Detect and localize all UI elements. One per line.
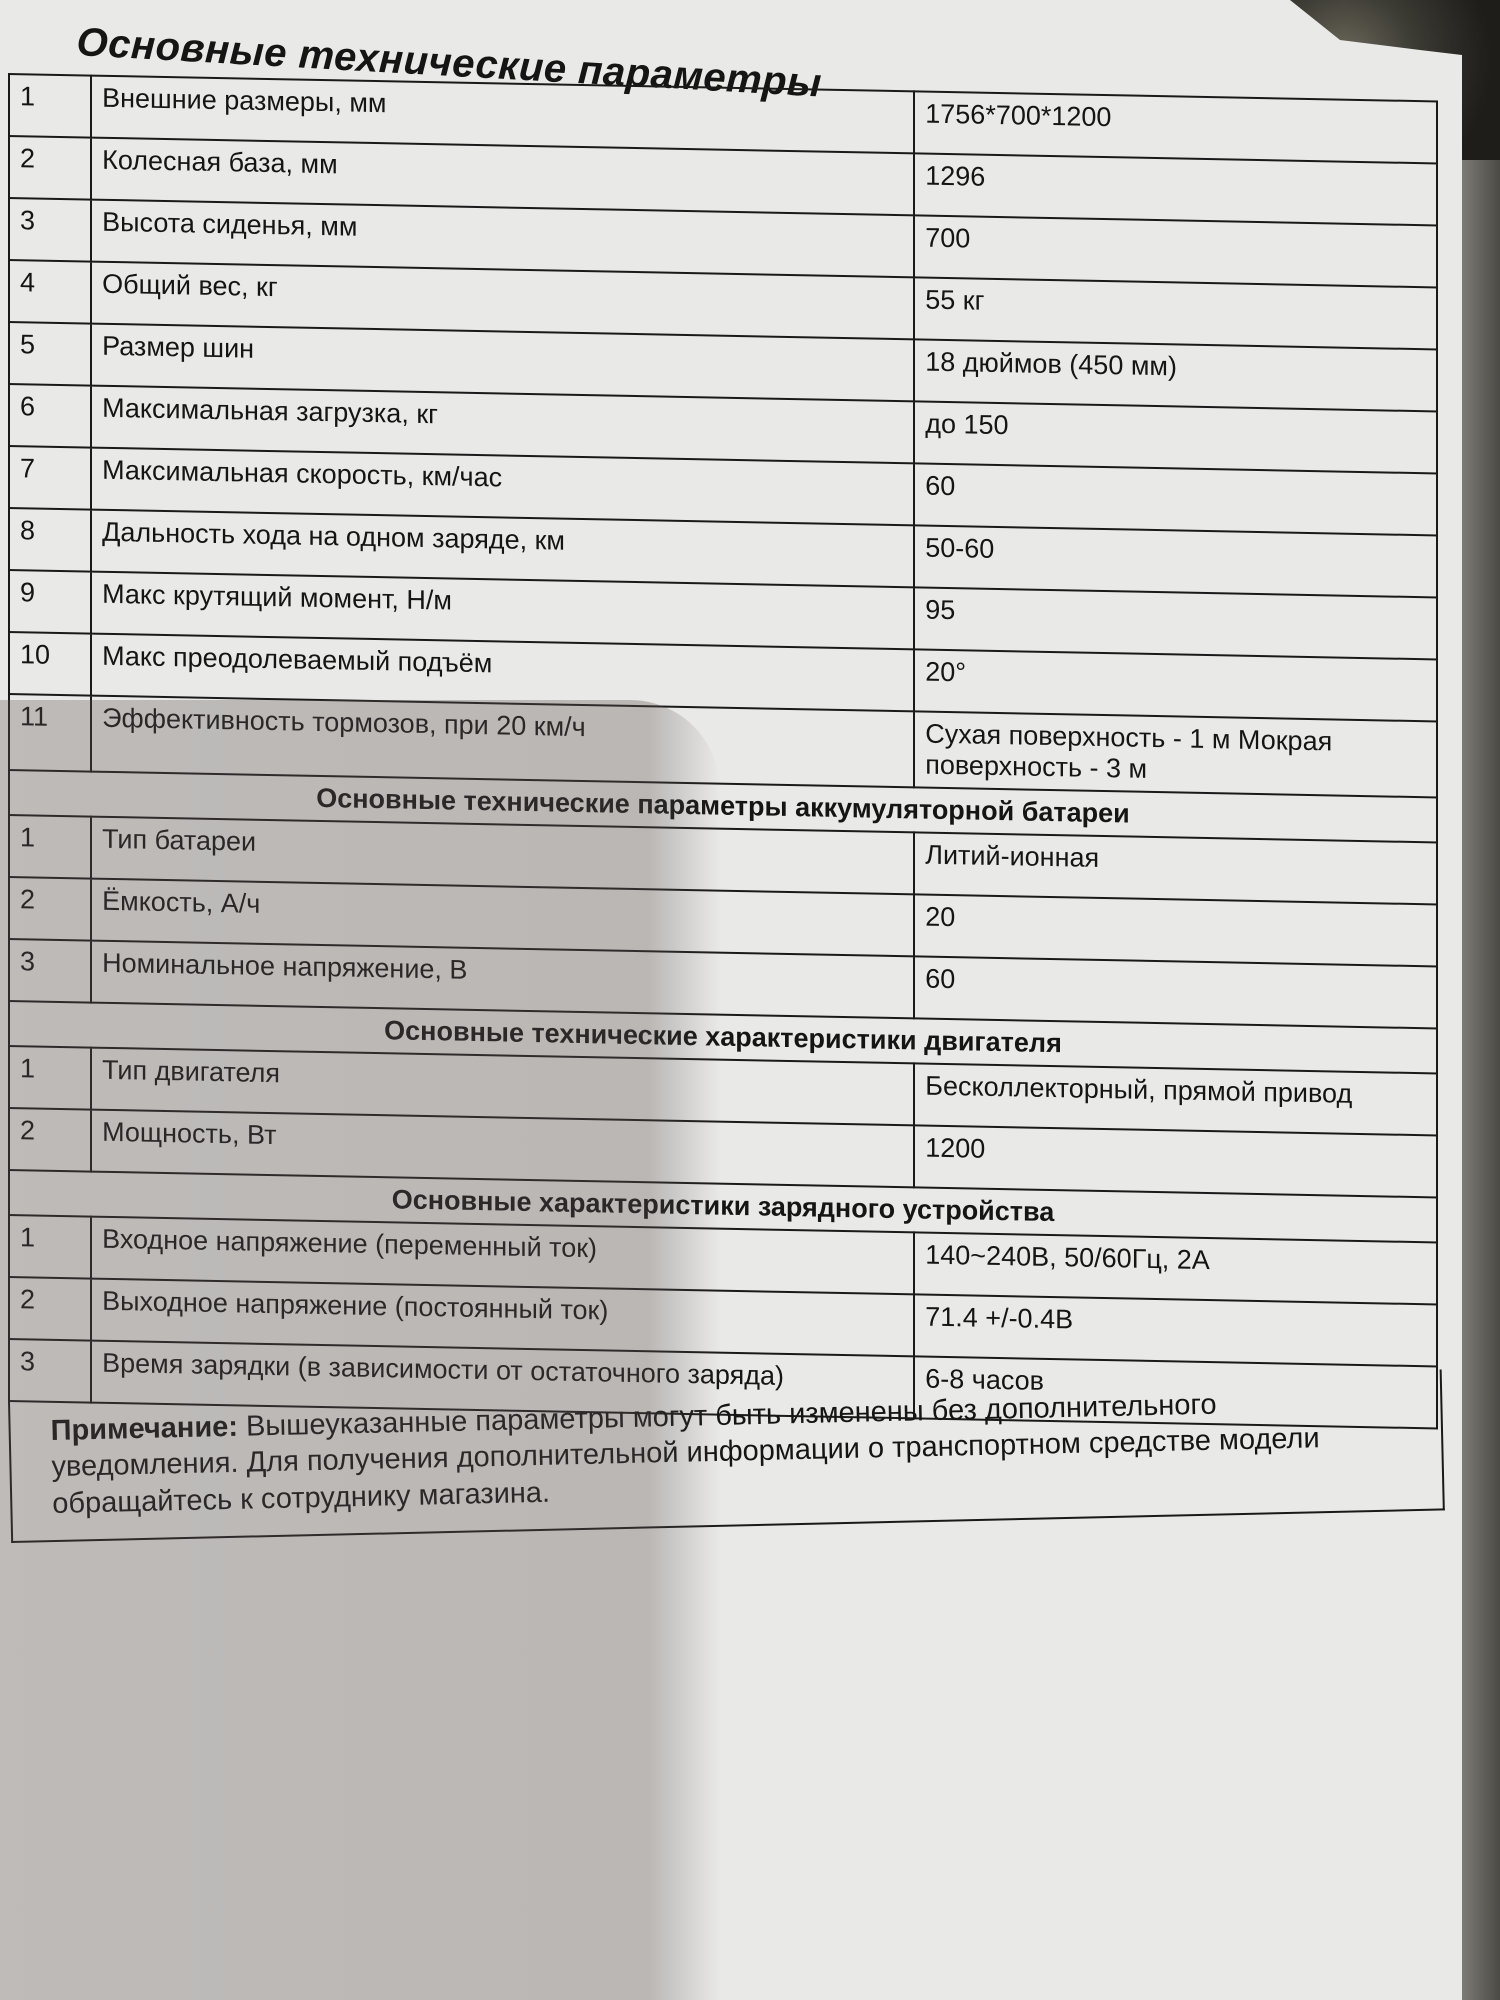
note-text: Вышеуказанные параметры могут быть измен… xyxy=(51,1389,1320,1520)
parameter-value: 20 xyxy=(914,894,1437,966)
row-number: 11 xyxy=(9,694,91,772)
row-number: 2 xyxy=(9,1108,91,1172)
parameter-value: 20° xyxy=(914,649,1437,721)
parameter-value: 1756*700*1200 xyxy=(914,91,1437,163)
parameter-value: Сухая поверхность - 1 м Мокрая поверхнос… xyxy=(914,711,1437,797)
row-number: 1 xyxy=(9,1046,91,1110)
parameter-value: 95 xyxy=(914,587,1437,659)
paper-sheet: Основные технические параметры 1Внешние … xyxy=(0,0,1462,2000)
row-number: 1 xyxy=(9,815,91,879)
spec-tables: 1Внешние размеры, мм1756*700*12002Колесн… xyxy=(8,73,1448,1430)
parameter-value: 71.4 +/-0.4В xyxy=(914,1294,1437,1366)
parameter-value: до 150 xyxy=(914,401,1437,473)
row-number: 3 xyxy=(9,939,91,1003)
row-number: 5 xyxy=(9,322,91,386)
parameter-value: 50-60 xyxy=(914,525,1437,597)
parameter-value: 140~240В, 50/60Гц, 2А xyxy=(914,1232,1437,1304)
row-number: 6 xyxy=(9,384,91,448)
parameter-value: 1200 xyxy=(914,1125,1437,1197)
row-number: 3 xyxy=(9,198,91,262)
row-number: 10 xyxy=(9,632,91,696)
spec-table: 1Внешние размеры, мм1756*700*12002Колесн… xyxy=(8,73,1438,1429)
row-number: 8 xyxy=(9,508,91,572)
row-number: 9 xyxy=(9,570,91,634)
row-number: 1 xyxy=(9,74,91,138)
parameter-value: 18 дюймов (450 мм) xyxy=(914,339,1437,411)
row-number: 2 xyxy=(9,877,91,941)
parameter-value: 60 xyxy=(914,463,1437,535)
background-surface xyxy=(1460,160,1500,2000)
row-number: 2 xyxy=(9,136,91,200)
row-number: 7 xyxy=(9,446,91,510)
parameter-value: 1296 xyxy=(914,153,1437,225)
parameter-value: 55 кг xyxy=(914,277,1437,349)
row-number: 1 xyxy=(9,1215,91,1279)
row-number: 4 xyxy=(9,260,91,324)
note-label: Примечание: xyxy=(50,1411,238,1447)
parameter-value: Бесколлекторный, прямой привод xyxy=(914,1063,1437,1135)
row-number: 3 xyxy=(9,1339,91,1403)
parameter-value: 700 xyxy=(914,215,1437,287)
row-number: 2 xyxy=(9,1277,91,1341)
parameter-value: 60 xyxy=(914,956,1437,1028)
spec-sheet: Основные технические параметры 1Внешние … xyxy=(8,20,1448,1543)
parameter-value: Литий-ионная xyxy=(914,832,1437,904)
